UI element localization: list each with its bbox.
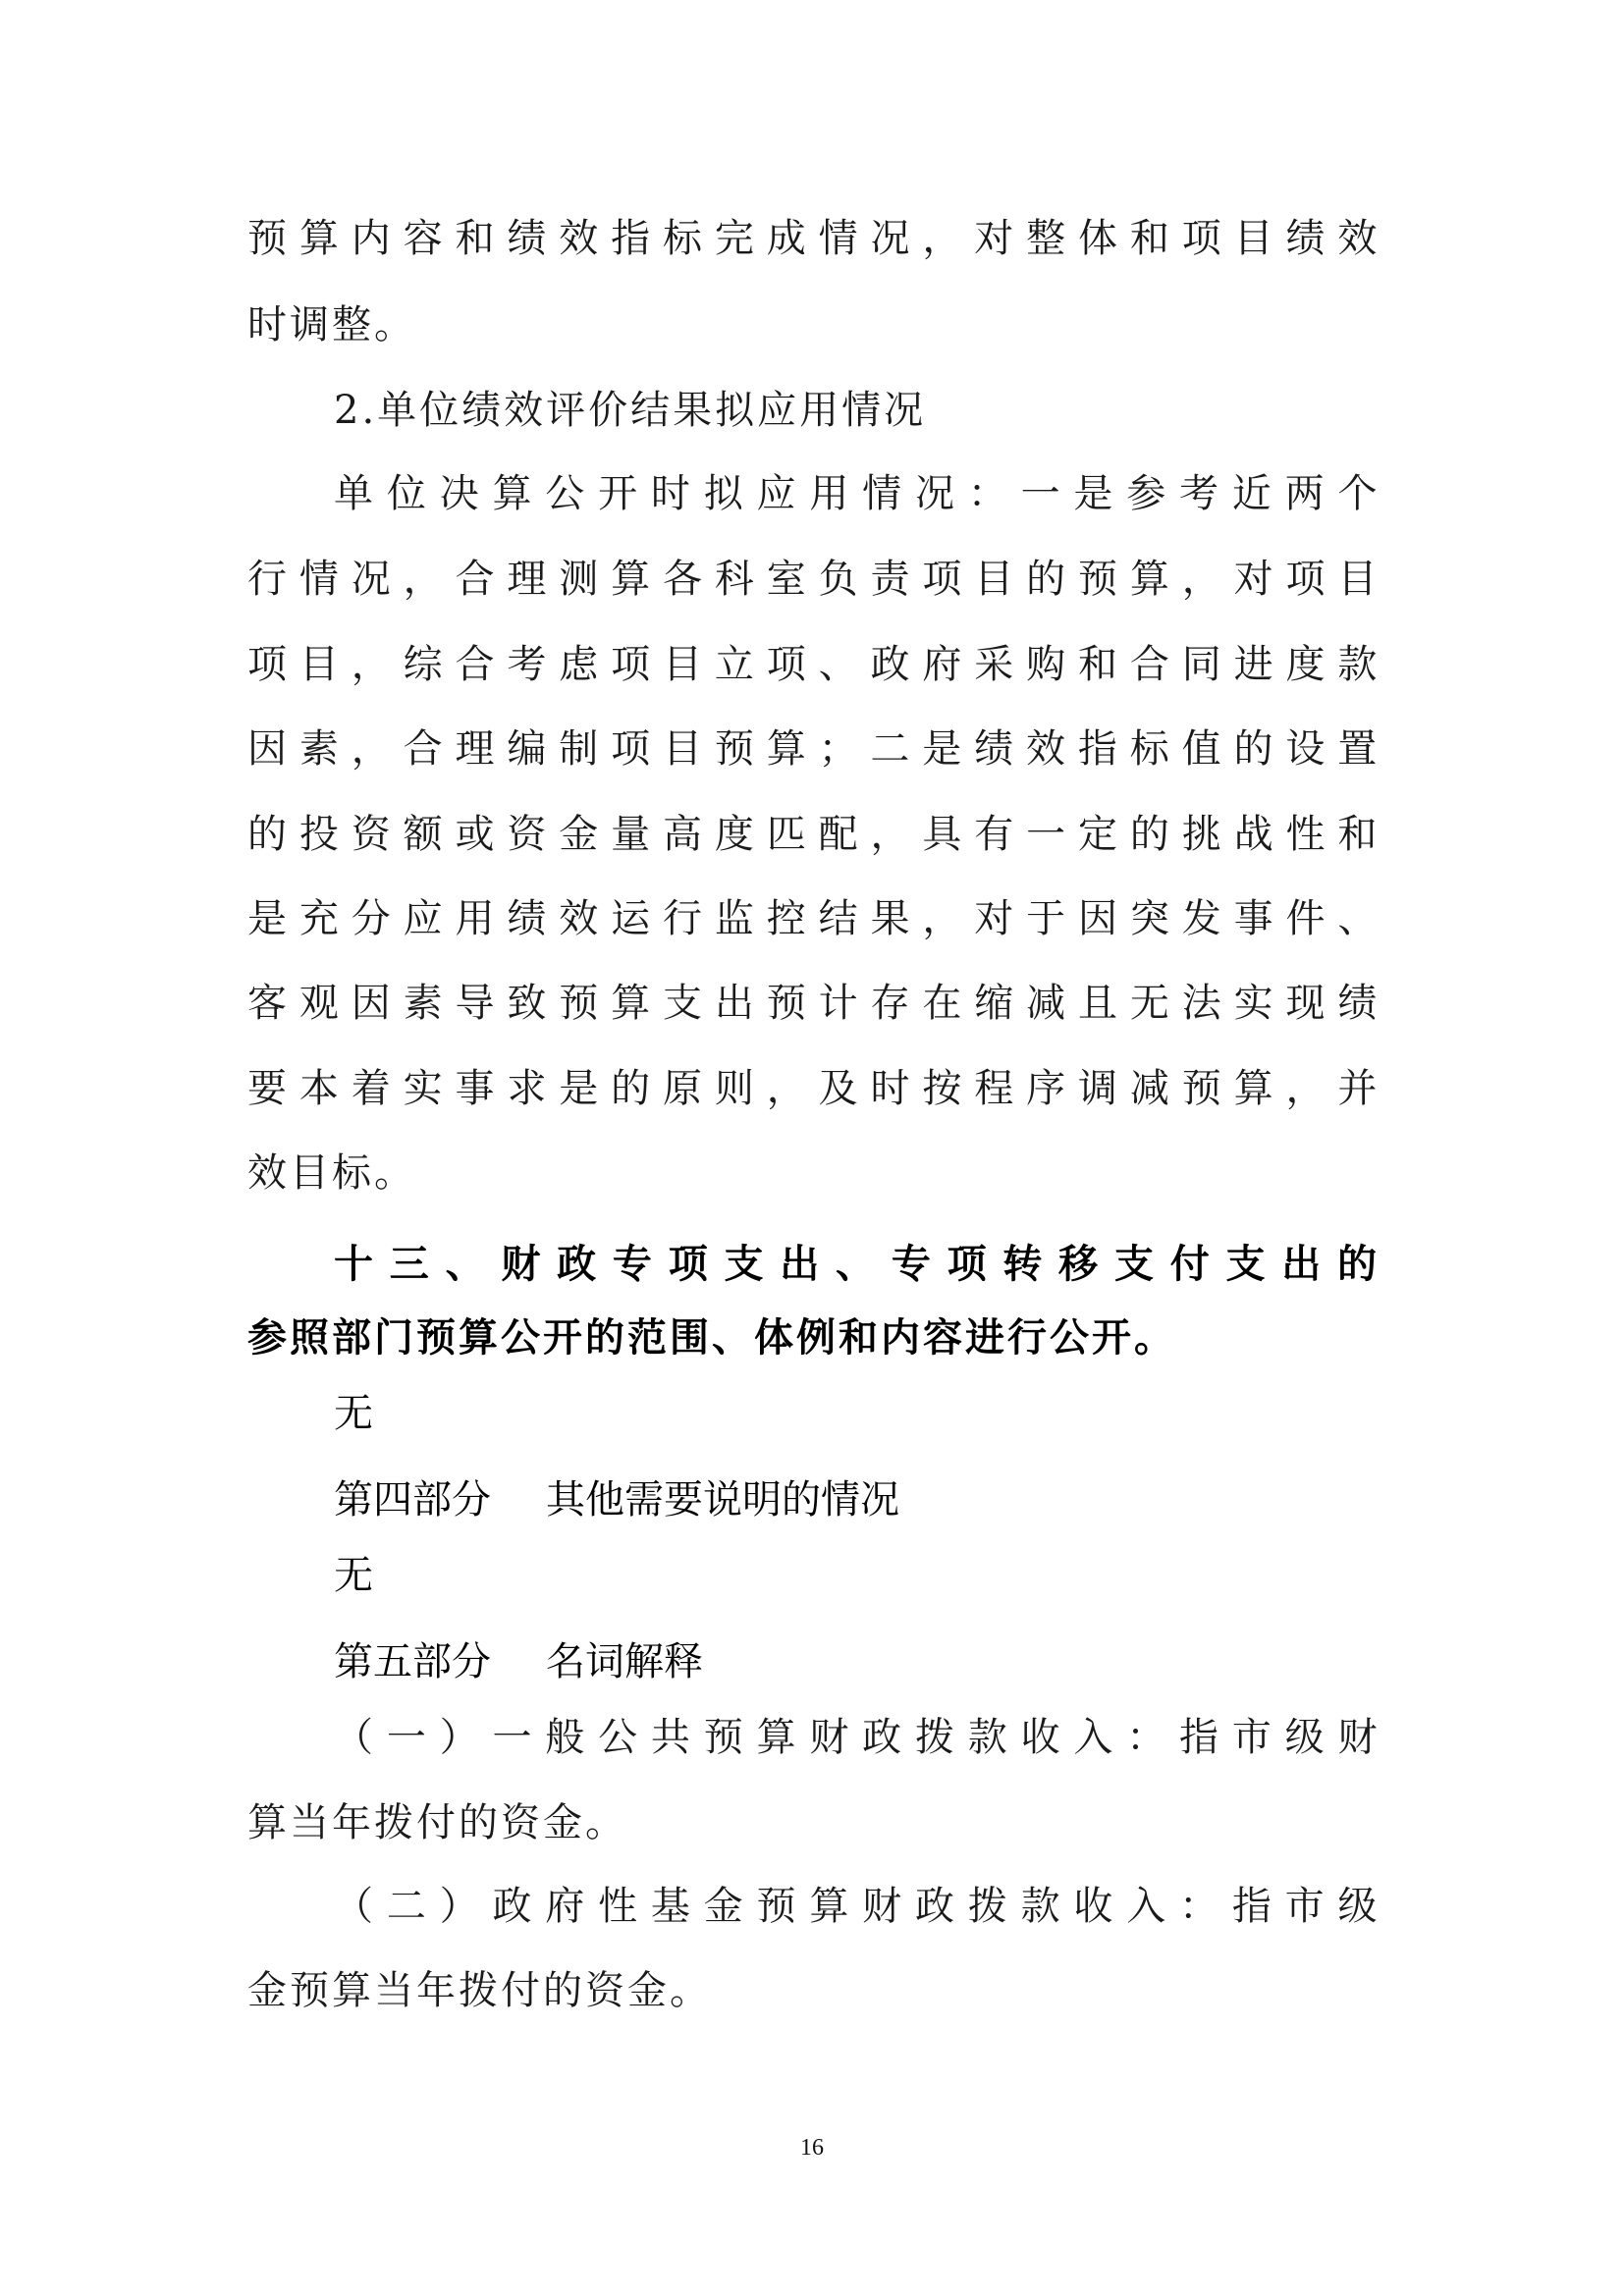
part-title: 其他需要说明的情况 <box>546 1477 899 1522</box>
page-number: 16 <box>763 2134 861 2162</box>
paragraph-line: 的 投 资 额 或 资 金 量 高 度 匹 配 ， 具 有 一 定 的 挑 战 … <box>247 810 1377 859</box>
document-page: 预 算 内 容 和 绩 效 指 标 完 成 情 况 ， 对 整 体 和 项 目 … <box>0 0 1624 2296</box>
paragraph-line: 因 素 ， 合 理 编 制 项 目 预 算 ； 二 是 绩 效 指 标 值 的 … <box>247 724 1377 774</box>
section-heading: 参照部门预算公开的范围、体例和内容进行公开。 <box>247 1313 1377 1362</box>
paragraph-line: 客 观 因 素 导 致 预 算 支 出 预 计 存 在 缩 减 且 无 法 实 … <box>247 979 1377 1028</box>
part-label: 第四部分 <box>334 1477 491 1522</box>
paragraph-line: 预 算 内 容 和 绩 效 指 标 完 成 情 况 ， 对 整 体 和 项 目 … <box>247 214 1377 263</box>
paragraph-line: 单 位 决 算 公 开 时 拟 应 用 情 况 ： 一 是 参 考 近 两 个 … <box>334 469 1377 518</box>
section-heading: 十 三 、 财 政 专 项 支 出 、 专 项 转 移 支 付 支 出 的 部 … <box>334 1240 1377 1289</box>
definition-line: （ 一 ） 一 般 公 共 预 算 财 政 拨 款 收 入 ： 指 市 级 财 … <box>334 1713 1377 1762</box>
paragraph-line: 要 本 着 实 事 求 是 的 原 则 ， 及 时 按 程 序 调 减 预 算 … <box>247 1064 1377 1113</box>
paragraph-line: 是 充 分 应 用 绩 效 运 行 监 控 结 果 ， 对 于 因 突 发 事 … <box>247 894 1377 943</box>
definition-line: 算当年拨付的资金。 <box>247 1798 1377 1847</box>
part-title: 名词解释 <box>546 1639 703 1684</box>
paragraph-line: 时调整。 <box>247 300 1377 349</box>
part-body: 无 <box>334 1551 1377 1600</box>
definition-line: （ 二 ） 政 府 性 基 金 预 算 财 政 拨 款 收 入 ： 指 市 级 … <box>334 1882 1377 1931</box>
paragraph-line: 效目标。 <box>247 1148 1377 1198</box>
part-label: 第五部分 <box>334 1639 491 1684</box>
part-heading: 第四部分其他需要说明的情况 <box>334 1475 1377 1524</box>
paragraph-line: 行 情 况 ， 合 理 测 算 各 科 室 负 责 项 目 的 预 算 ， 对 … <box>247 555 1377 604</box>
definition-line: 金预算当年拨付的资金。 <box>247 1966 1377 2015</box>
subheading: 2.单位绩效评价结果拟应用情况 <box>334 386 1377 435</box>
part-heading: 第五部分名词解释 <box>334 1637 1377 1686</box>
paragraph-line: 项 目 ， 综 合 考 虑 项 目 立 项 、 政 府 采 购 和 合 同 进 … <box>247 640 1377 689</box>
section-body: 无 <box>334 1389 1377 1438</box>
